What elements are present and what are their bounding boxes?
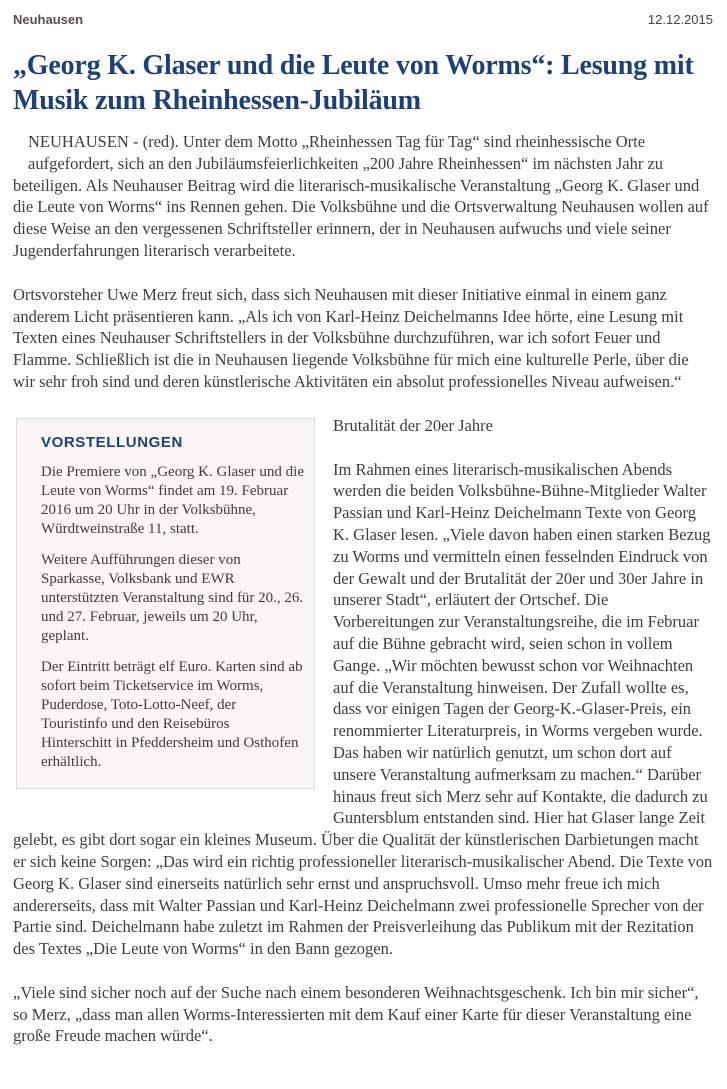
article-page: Neuhausen 12.12.2015 „Georg K. Glaser un… xyxy=(0,0,727,1089)
paragraph-closing: „Viele sind sicher noch auf der Suche na… xyxy=(13,982,713,1047)
info-box-paragraph-tickets: Der Eintritt beträgt elf Euro. Karten si… xyxy=(41,658,304,772)
location-label: Neuhausen xyxy=(13,12,83,27)
article-meta-row: Neuhausen 12.12.2015 xyxy=(13,12,713,27)
info-box-paragraph-dates: Weitere Aufführungen dieser von Sparkass… xyxy=(41,551,304,646)
lead-indent-spacer xyxy=(13,131,28,173)
lead-paragraph: NEUHAUSEN - (red). Unter dem Motto „Rhei… xyxy=(13,131,713,262)
lead-paragraph-block: NEUHAUSEN - (red). Unter dem Motto „Rhei… xyxy=(13,131,713,262)
info-box: VORSTELLUNGEN Die Premiere von „Georg K.… xyxy=(16,418,315,789)
info-box-title: VORSTELLUNGEN xyxy=(41,434,304,451)
article-headline: „Georg K. Glaser und die Leute von Worms… xyxy=(13,48,713,118)
article-flow-section: VORSTELLUNGEN Die Premiere von „Georg K.… xyxy=(13,415,713,1070)
info-box-paragraph-premiere: Die Premiere von „Georg K. Glaser und di… xyxy=(41,463,304,539)
date-label: 12.12.2015 xyxy=(648,12,713,27)
paragraph-merz-quote: Ortsvorsteher Uwe Merz freut sich, dass … xyxy=(13,284,713,393)
